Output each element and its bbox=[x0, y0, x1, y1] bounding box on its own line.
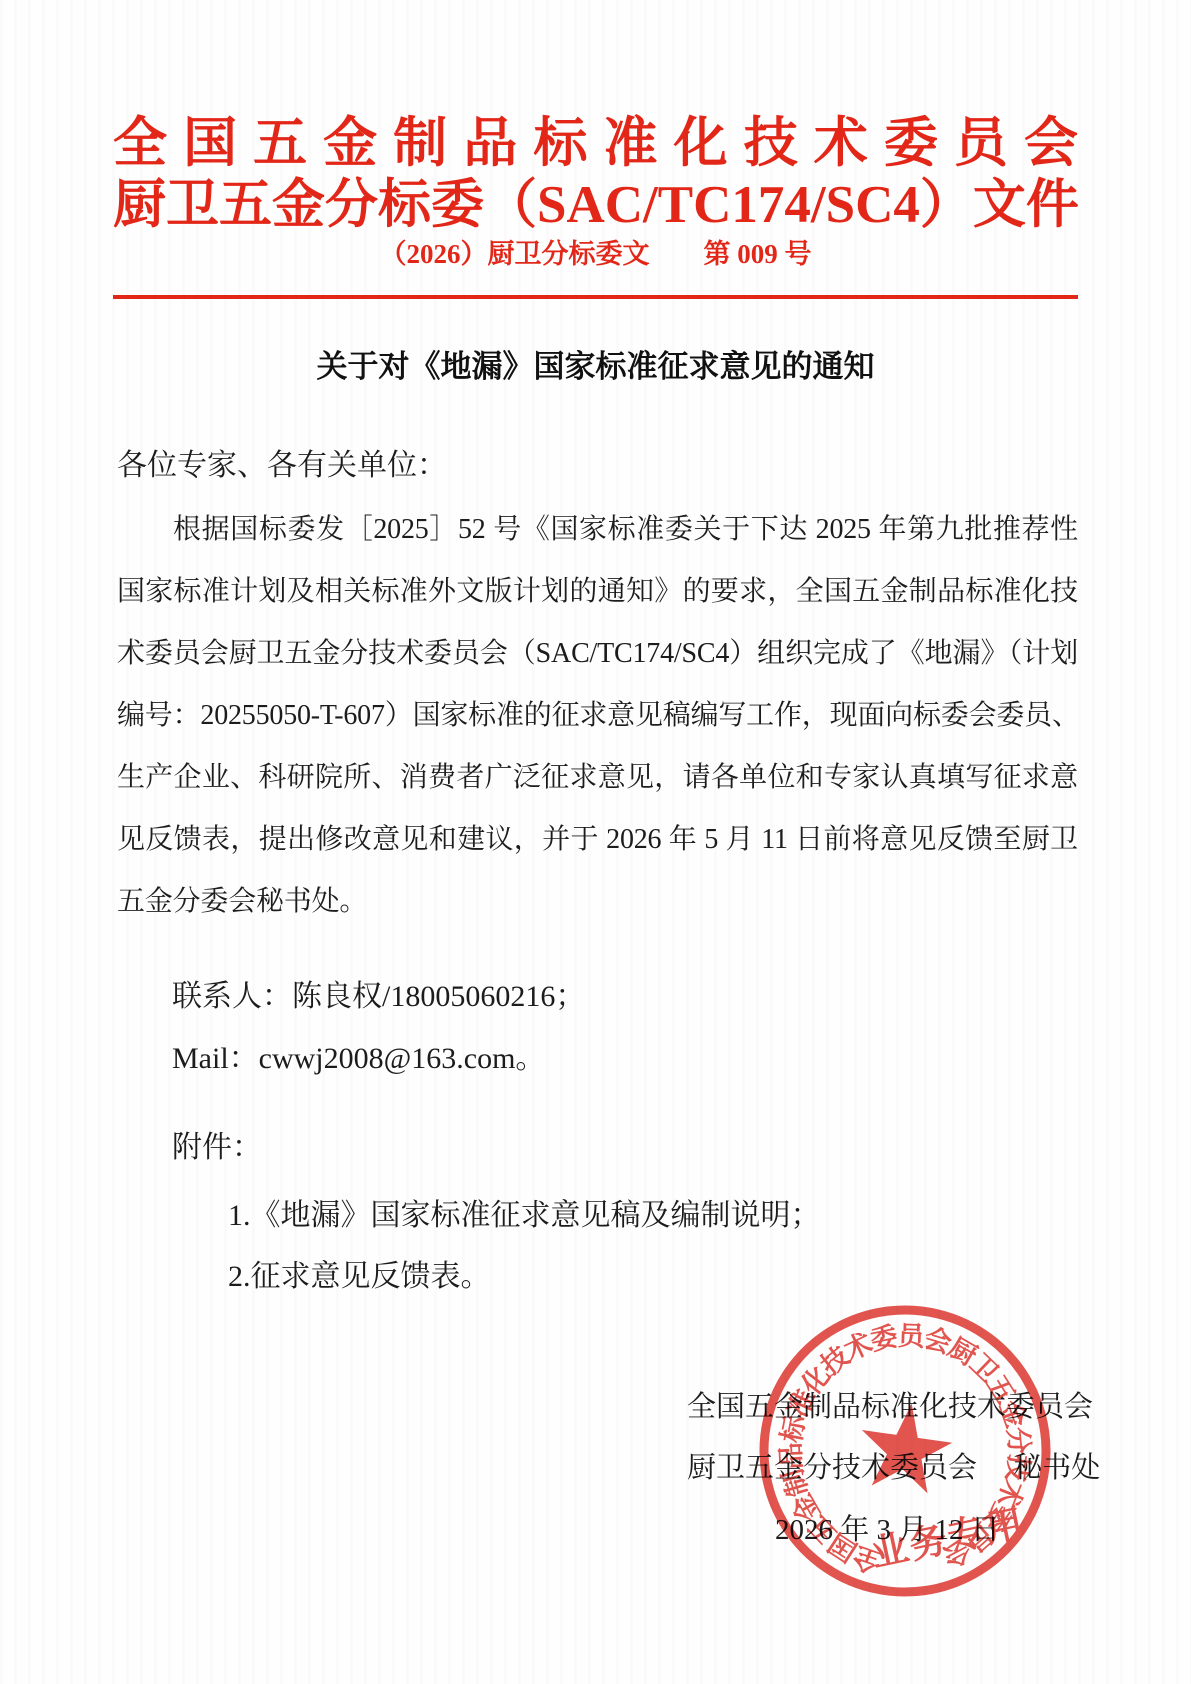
body-line-3: 术委员会厨卫五金分技术委员会（SAC/TC174/SC4）组织完成了《地漏》（计… bbox=[117, 623, 1078, 685]
org-name-line1: 全国五金制品标准化技术委员会 bbox=[113, 112, 1078, 174]
contact-block: 联系人：陈良权/18005060216； Mail：cwwj2008@163.c… bbox=[117, 966, 1078, 1090]
org-name-line2: 厨卫五金分标委（SAC/TC174/SC4）文件 bbox=[113, 174, 1078, 236]
salutation: 各位专家、各有关单位： bbox=[117, 449, 447, 483]
document-page: 全国五金制品标准化技术委员会 厨卫五金分标委（SAC/TC174/SC4）文件 … bbox=[0, 0, 1191, 1684]
body-line-4: 编号：20255050-T-607）国家标准的征求意见稿编写工作，现面向标委会委… bbox=[117, 685, 1078, 747]
seal-bottom-text: 业务专用 bbox=[868, 1502, 1029, 1576]
seal-star-icon bbox=[854, 1397, 956, 1496]
attachments-label: 附件： bbox=[172, 1131, 262, 1165]
attachment-item-1: 1.《地漏》国家标准征求意见稿及编制说明； bbox=[228, 1185, 821, 1246]
doc-number: （2026）厨卫分标委文 第 009 号 bbox=[0, 237, 1191, 271]
body-line-7: 五金分委会秘书处。 bbox=[117, 871, 1078, 933]
body-line-5: 生产企业、科研院所、消费者广泛征求意见，请各单位和专家认真填写征求意 bbox=[117, 747, 1078, 809]
document-title: 关于对《地漏》国家标准征求意见的通知 bbox=[0, 348, 1191, 386]
attachment-item-2: 2.征求意见反馈表。 bbox=[228, 1246, 821, 1307]
contact-mail-line: Mail：cwwj2008@163.com。 bbox=[117, 1028, 1078, 1090]
body-paragraph: 根据国标委发［2025］52 号《国家标准委关于下达 2025 年第九批推荐性 … bbox=[117, 499, 1078, 933]
official-seal: 全国五金制品标准化技术委员会厨卫五金分技术委员会 业务专用 bbox=[745, 1291, 1065, 1611]
attachments-list: 1.《地漏》国家标准征求意见稿及编制说明； 2.征求意见反馈表。 bbox=[228, 1185, 821, 1307]
body-line-2: 国家标准计划及相关标准外文版计划的通知》的要求，全国五金制品标准化技 bbox=[117, 561, 1078, 623]
body-line-1: 根据国标委发［2025］52 号《国家标准委关于下达 2025 年第九批推荐性 bbox=[117, 499, 1078, 561]
red-separator-line bbox=[113, 295, 1078, 299]
contact-person-line: 联系人：陈良权/18005060216； bbox=[117, 966, 1078, 1028]
body-line-6: 见反馈表，提出修改意见和建议，并于 2026 年 5 月 11 日前将意见反馈至… bbox=[117, 809, 1078, 871]
